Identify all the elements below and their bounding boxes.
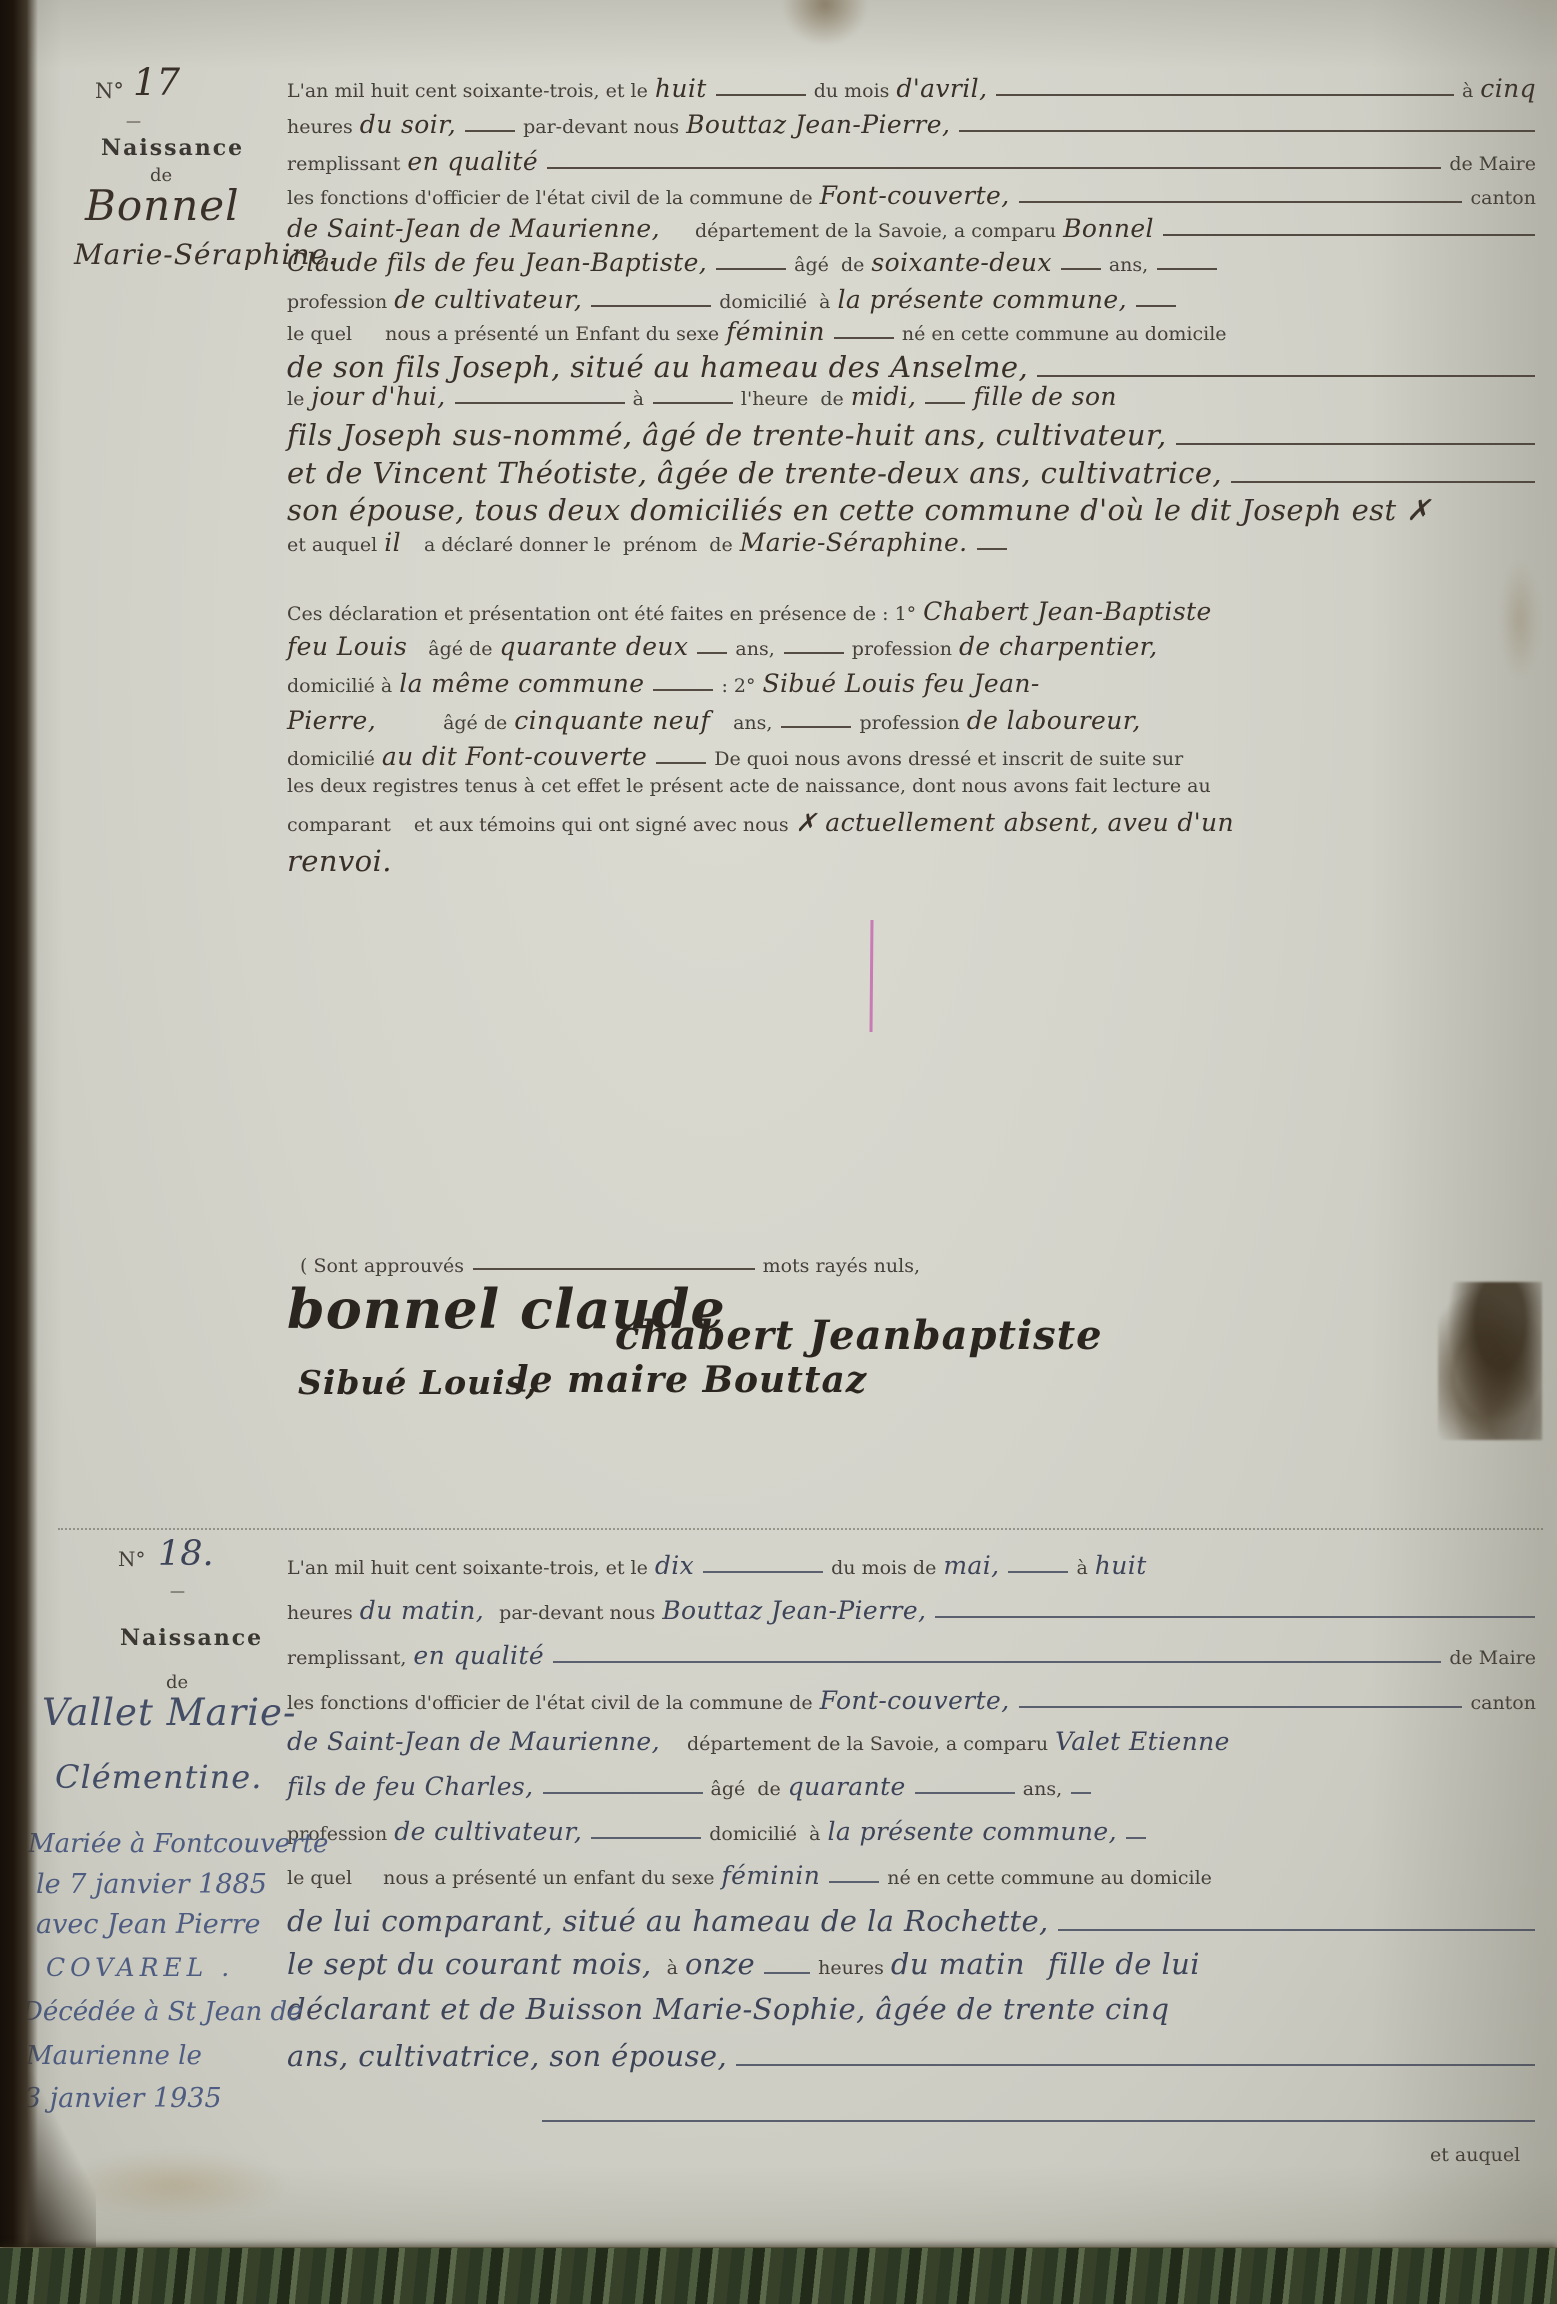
ruled-fill-stroke xyxy=(547,167,1441,169)
handwritten-text: du matin, xyxy=(360,1596,484,1625)
handwritten-text: quarante xyxy=(788,1772,906,1801)
handwritten-text: Claude fils de feu Jean-Baptiste, xyxy=(287,248,707,277)
margin-title: Naissance xyxy=(120,1627,263,1650)
ruled-fill-stroke xyxy=(1037,375,1535,377)
margin-annotation-death: Décédée à St Jean de xyxy=(22,1999,303,2026)
ruled-fill-stroke xyxy=(591,305,711,307)
printed-text: âgé de xyxy=(711,1778,781,1800)
record-17-form-line: domiciliéau dit Font-couverteDe quoi nou… xyxy=(287,742,1543,771)
record-17-form-line: heuresdu soir,par-devant nousBouttaz Jea… xyxy=(287,110,1543,139)
handwritten-text: Pierre, xyxy=(287,706,376,735)
record-17-form-line: Ces déclaration et présentation ont été … xyxy=(287,597,1543,626)
signature-witness-2: Sibué Louis, xyxy=(298,1366,538,1401)
record-17-form-line: les deux registres tenus à cet effet le … xyxy=(287,775,1543,797)
record-18-form-line: le sept du courant mois,àonzeheuresdu ma… xyxy=(287,1947,1543,1981)
signature-witness-1: chabert Jeanbaptiste xyxy=(615,1315,1103,1357)
handwritten-text: fils Joseph sus-nommé, âgé de trente-hui… xyxy=(287,418,1167,452)
handwritten-text: midi, xyxy=(851,382,917,411)
handwritten-text: il xyxy=(384,528,401,557)
signature-mayor: le maire Bouttaz xyxy=(515,1362,867,1400)
printed-text: profession xyxy=(287,291,387,313)
printed-text: nous a présenté un Enfant du sexe xyxy=(385,323,719,345)
handwritten-text: la présente commune, xyxy=(837,285,1127,314)
record-17-form-line: Pierre,âgé decinquante neufans,professio… xyxy=(287,706,1543,735)
ruled-fill-stroke xyxy=(764,1972,810,1974)
ruled-fill-stroke xyxy=(977,548,1007,550)
record-separator xyxy=(58,1528,1543,1530)
handwritten-text: Font-couverte, xyxy=(820,1686,1010,1715)
ruled-fill-stroke xyxy=(1071,1792,1091,1794)
margin-dash: — xyxy=(170,1584,185,1600)
record-17-form-line: le quelnous a présenté un Enfant du sexe… xyxy=(287,317,1543,346)
ruled-fill-stroke xyxy=(1231,481,1535,483)
ruled-fill-stroke xyxy=(553,1661,1441,1663)
ruled-fill-stroke xyxy=(591,1837,701,1839)
ruled-fill-stroke xyxy=(996,94,1454,96)
printed-text: a déclaré donner le prénom de xyxy=(424,534,733,556)
form-footer-text: et auquel xyxy=(1430,2146,1520,2166)
handwritten-text: huit xyxy=(655,74,707,103)
margin-annotation-marriage: Mariée à Fontcouverte xyxy=(28,1831,328,1858)
handwritten-text: de Saint-Jean de Maurienne, xyxy=(287,214,660,243)
record-number-label: N° xyxy=(118,1549,146,1570)
printed-text: ans, xyxy=(733,712,772,734)
printed-text: âgé de xyxy=(428,638,492,660)
handwritten-text: de charpentier, xyxy=(959,632,1158,661)
handwritten-text: son épouse, tous deux domiciliés en cett… xyxy=(287,493,1431,527)
ruled-fill-stroke xyxy=(543,1792,703,1794)
margin-title: Naissance xyxy=(101,137,244,160)
printed-text: né en cette commune au domicile xyxy=(902,323,1227,345)
ruled-fill-stroke xyxy=(1058,1929,1535,1931)
printed-text: à xyxy=(633,388,644,410)
margin-dash: — xyxy=(126,114,141,130)
record-17-form-line: domicilié àla même commune: 2°Sibué Loui… xyxy=(287,669,1543,698)
record-17-form-line: L'an mil huit cent soixante-trois, et le… xyxy=(287,74,1543,103)
ruled-fill-stroke xyxy=(716,94,806,96)
handwritten-text: du soir, xyxy=(360,110,456,139)
handwritten-text: d'avril, xyxy=(896,74,987,103)
printed-text: de Maire xyxy=(1449,153,1536,175)
record-18-form-line: les fonctions d'officier de l'état civil… xyxy=(287,1686,1543,1715)
printed-text: âgé de xyxy=(443,712,507,734)
record-17-form-line: Claude fils de feu Jean-Baptiste,âgé des… xyxy=(287,248,1543,277)
handwritten-text: et de Vincent Théotiste, âgée de trente-… xyxy=(287,456,1222,490)
printed-text: du mois xyxy=(814,80,890,102)
ruled-fill-stroke xyxy=(1176,443,1535,445)
ruled-fill-stroke xyxy=(542,2120,1535,2122)
printed-text: domicilié à xyxy=(719,291,830,313)
printed-text: De quoi nous avons dressé et inscrit de … xyxy=(714,748,1183,770)
record-17-form-line: remplissanten qualitéde Maire xyxy=(287,147,1543,176)
record-18-form-line: déclarant et de Buisson Marie-Sophie, âg… xyxy=(287,1992,1543,2026)
printed-text: comparant xyxy=(287,814,391,836)
handwritten-text: cinq xyxy=(1480,74,1536,103)
record-18-form-line xyxy=(540,2120,1543,2129)
scanned-register-page: { "records":[ { "id":"record-17", "ink":… xyxy=(0,0,1557,2304)
record-17-form-line: fils Joseph sus-nommé, âgé de trente-hui… xyxy=(287,418,1543,452)
record-18-form-line: ans, cultivatrice, son épouse, xyxy=(287,2039,1543,2073)
handwritten-text: quarante deux xyxy=(499,632,688,661)
record-17-form-line: comparantet aux témoins qui ont signé av… xyxy=(287,808,1543,837)
ruled-fill-stroke xyxy=(834,337,894,339)
handwritten-text: déclarant et de Buisson Marie-Sophie, âg… xyxy=(287,1992,1169,2026)
record-18-form-line: de Saint-Jean de Maurienne,département d… xyxy=(287,1727,1543,1756)
printed-text: heures xyxy=(287,116,353,138)
record-17-form-line: lejour d'hui,àl'heure demidi,fille de so… xyxy=(287,382,1543,411)
ruled-fill-stroke xyxy=(1157,268,1217,270)
ruled-fill-stroke xyxy=(1019,201,1463,203)
record-number: 17 xyxy=(133,64,180,103)
printed-text: mots rayés nuls, xyxy=(763,1255,920,1277)
printed-text: L'an mil huit cent soixante-trois, et le xyxy=(287,80,648,102)
printed-text: de Maire xyxy=(1449,1647,1536,1669)
printed-text: à xyxy=(1076,1557,1087,1579)
handwritten-text: en qualité xyxy=(413,1641,544,1670)
handwritten-text: de laboureur, xyxy=(967,706,1141,735)
handwritten-text: ans, cultivatrice, son épouse, xyxy=(287,2039,727,2073)
ruled-fill-stroke xyxy=(697,652,727,654)
record-18-form-line: de lui comparant, situé au hameau de la … xyxy=(287,1904,1543,1938)
printed-text: L'an mil huit cent soixante-trois, et le xyxy=(287,1557,648,1579)
ruled-fill-stroke xyxy=(736,2064,1535,2066)
ruled-fill-stroke xyxy=(925,402,965,404)
printed-text: par-devant nous xyxy=(523,116,679,138)
printed-text: le quel xyxy=(287,1867,352,1889)
handwritten-text: soixante-deux xyxy=(871,248,1051,277)
margin-child-surname: Vallet Marie- xyxy=(42,1694,296,1733)
ruled-fill-stroke xyxy=(703,1571,823,1573)
printed-text: le xyxy=(287,388,304,410)
margin-annotation-death-place: Maurienne le xyxy=(26,2043,202,2070)
handwritten-text: de Saint-Jean de Maurienne, xyxy=(287,1727,660,1756)
ruled-fill-stroke xyxy=(716,268,786,270)
printed-text: remplissant xyxy=(287,153,400,175)
printed-text: remplissant, xyxy=(287,1647,406,1669)
record-number-label: N° xyxy=(95,80,124,102)
ruled-fill-stroke xyxy=(784,652,844,654)
record-17-form-line: son épouse, tous deux domiciliés en cett… xyxy=(287,493,1543,527)
handwritten-text: jour d'hui, xyxy=(311,382,445,411)
record-17-form-line: feu Louisâgé dequarante deuxans,professi… xyxy=(287,632,1543,661)
printed-text: domicilié à xyxy=(709,1823,820,1845)
handwritten-text: fille de son xyxy=(973,382,1117,411)
ruled-fill-stroke xyxy=(781,726,851,728)
handwritten-text: Bouttaz Jean-Pierre, xyxy=(662,1596,926,1625)
ruled-fill-stroke xyxy=(1019,1706,1463,1708)
ruled-fill-stroke xyxy=(473,1268,755,1270)
record-18-form-line: professionde cultivateur,domicilié àla p… xyxy=(287,1817,1543,1846)
handwritten-text: Font-couverte, xyxy=(820,181,1010,210)
margin-annotation-spouse: avec Jean Pierre xyxy=(36,1911,260,1939)
ruled-fill-stroke xyxy=(1008,1571,1068,1573)
ruled-fill-stroke xyxy=(653,402,733,404)
printed-text: l'heure de xyxy=(741,388,844,410)
ruled-fill-stroke xyxy=(1061,268,1101,270)
record-18-form-line: le quelnous a présenté un enfant du sexe… xyxy=(287,1861,1543,1890)
printed-text: le quel xyxy=(287,323,352,345)
printed-text: les deux registres tenus à cet effet le … xyxy=(287,775,1211,797)
ruled-fill-stroke xyxy=(455,402,625,404)
printed-text: canton xyxy=(1470,187,1536,209)
ruled-fill-stroke xyxy=(935,1616,1535,1618)
handwritten-text: en qualité xyxy=(407,147,538,176)
printed-text: canton xyxy=(1470,1692,1536,1714)
printed-text: département de la Savoie, a comparu xyxy=(695,220,1056,242)
handwritten-text: féminin xyxy=(721,1861,820,1890)
handwritten-text: au dit Font-couverte xyxy=(382,742,647,771)
ruled-fill-stroke xyxy=(1126,1837,1146,1839)
handwritten-text: renvoi. xyxy=(287,844,392,878)
printed-text: profession xyxy=(852,638,952,660)
handwritten-text: Bonnel xyxy=(1063,214,1154,243)
ruled-fill-stroke xyxy=(465,130,515,132)
handwritten-text: Marie-Séraphine. xyxy=(740,528,968,557)
handwritten-text: de lui comparant, situé au hameau de la … xyxy=(287,1904,1049,1938)
handwritten-text: du matin xyxy=(891,1947,1025,1981)
margin-child-surname: Bonnel xyxy=(85,184,240,228)
handwritten-text: de cultivateur, xyxy=(394,1817,582,1846)
ruled-fill-stroke xyxy=(1136,305,1176,307)
handwritten-text: dix xyxy=(655,1551,694,1580)
handwritten-text: le sept du courant mois, xyxy=(287,1947,652,1981)
register-page-paper: L'an mil huit cent soixante-trois, et le… xyxy=(0,0,1557,2304)
printed-text: ans, xyxy=(1109,254,1148,276)
ruled-fill-stroke xyxy=(915,1792,1015,1794)
form-text-layer: L'an mil huit cent soixante-trois, et le… xyxy=(0,0,1557,2304)
record-17-form-line: de son fils Joseph, situé au hameau des … xyxy=(287,350,1543,384)
printed-text: à xyxy=(667,1957,678,1979)
book-cover-bottom xyxy=(0,2248,1557,2304)
handwritten-text: la même commune xyxy=(399,669,644,698)
record-18-form-line: fils de feu Charles,âgé dequaranteans, xyxy=(287,1772,1543,1801)
record-17-form-line: professionde cultivateur,domicilié àla p… xyxy=(287,285,1543,314)
handwritten-text: feu Louis xyxy=(287,632,407,661)
margin-child-firstname: Clémentine. xyxy=(55,1761,262,1795)
margin-child-firstname: Marie-Séraphine. xyxy=(74,240,338,269)
printed-text: ans, xyxy=(1023,1778,1062,1800)
handwritten-text: Bouttaz Jean-Pierre, xyxy=(686,110,950,139)
margin-annotation-spouse-surname: COVAREL . xyxy=(46,1955,234,1981)
record-18-form-line: heuresdu matin,par-devant nousBouttaz Je… xyxy=(287,1596,1543,1625)
ruled-fill-stroke xyxy=(1163,234,1535,236)
margin-annotation-marriage-date: le 7 janvier 1885 xyxy=(36,1871,267,1899)
printed-text: né en cette commune au domicile xyxy=(887,1867,1212,1889)
printed-text: heures xyxy=(818,1957,884,1979)
record-17-form-line: les fonctions d'officier de l'état civil… xyxy=(287,181,1543,210)
printed-text: ans, xyxy=(735,638,774,660)
printed-text: et auquel xyxy=(287,534,377,556)
printed-text: par-devant nous xyxy=(499,1602,655,1624)
handwritten-text: huit xyxy=(1095,1551,1147,1580)
handwritten-text: ✗ actuellement absent, aveu d'un xyxy=(796,808,1234,837)
printed-text: les fonctions d'officier de l'état civil… xyxy=(287,187,813,209)
record-number: 18. xyxy=(158,1536,214,1573)
handwritten-text: féminin xyxy=(726,317,825,346)
handwritten-text: de son fils Joseph, situé au hameau des … xyxy=(287,350,1028,384)
ruled-fill-stroke xyxy=(653,689,713,691)
handwritten-text: mai, xyxy=(943,1551,999,1580)
handwritten-text: de cultivateur, xyxy=(394,285,582,314)
handwritten-text: Sibué Louis feu Jean- xyxy=(762,669,1039,698)
handwritten-text: Valet Etienne xyxy=(1055,1727,1230,1756)
handwritten-text: fille de lui xyxy=(1048,1947,1200,1981)
printed-text: du mois de xyxy=(831,1557,936,1579)
record-18-form-line: L'an mil huit cent soixante-trois, et le… xyxy=(287,1551,1543,1580)
printed-text: ( Sont approuvés xyxy=(300,1255,464,1277)
printed-text: domicilié à xyxy=(287,675,392,697)
ruled-fill-stroke xyxy=(656,762,706,764)
ruled-fill-stroke xyxy=(829,1881,879,1883)
printed-text: Ces déclaration et présentation ont été … xyxy=(287,603,916,625)
handwritten-text: Chabert Jean-Baptiste xyxy=(923,597,1212,626)
printed-text: âgé de xyxy=(794,254,864,276)
printed-text: : 2° xyxy=(721,675,755,697)
printed-text: à xyxy=(1462,80,1473,102)
record-17-form-line: renvoi. xyxy=(287,844,1543,878)
printed-text: nous a présenté un enfant du sexe xyxy=(383,1867,714,1889)
ruled-fill-stroke xyxy=(959,130,1535,132)
printed-text: et aux témoins qui ont signé avec nous xyxy=(414,814,789,836)
handwritten-text: la présente commune, xyxy=(827,1817,1117,1846)
record-17-form-line: et auquelila déclaré donner le prénom de… xyxy=(287,528,1543,557)
printed-text: profession xyxy=(859,712,959,734)
record-17-form-line: et de Vincent Théotiste, âgée de trente-… xyxy=(287,456,1543,490)
book-binding xyxy=(0,0,38,2304)
handwritten-text: fils de feu Charles, xyxy=(287,1772,534,1801)
printed-text: domicilié xyxy=(287,748,375,770)
handwritten-text: cinquante neuf xyxy=(514,706,710,735)
record-18-form-line: remplissant,en qualitéde Maire xyxy=(287,1641,1543,1670)
record-17-form-line: de Saint-Jean de Maurienne,département d… xyxy=(287,214,1543,243)
printed-text: les fonctions d'officier de l'état civil… xyxy=(287,1692,813,1714)
printed-text: heures xyxy=(287,1602,353,1624)
handwritten-text: onze xyxy=(685,1947,755,1981)
record-17-form-line: ( Sont approuvésmots rayés nuls, xyxy=(300,1255,927,1277)
printed-text: département de la Savoie, a comparu xyxy=(687,1733,1048,1755)
